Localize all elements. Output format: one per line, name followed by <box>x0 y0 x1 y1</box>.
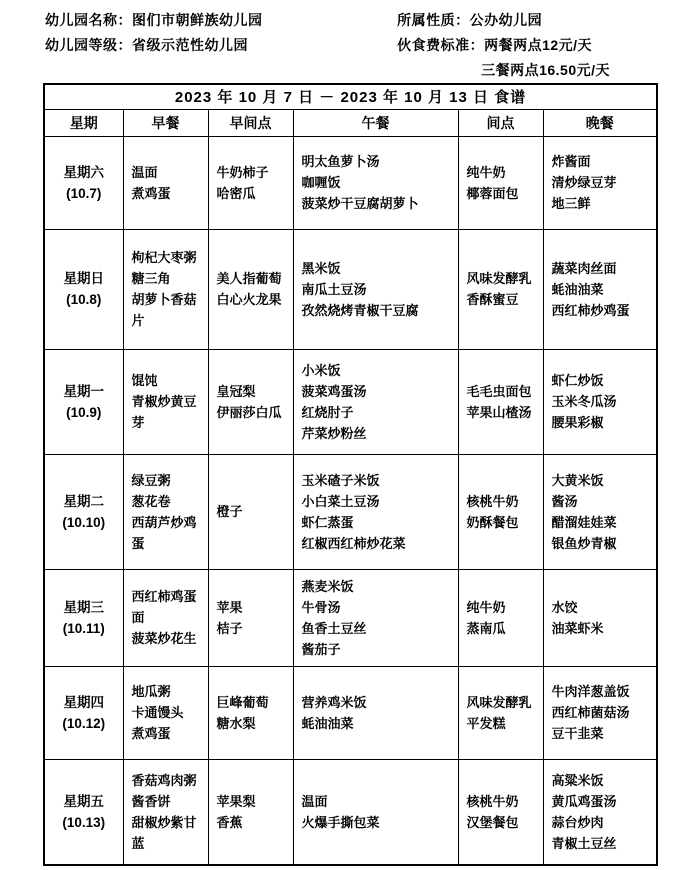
kindergarten-name-value: 图们市朝鲜族幼儿园 <box>132 12 263 28</box>
kindergarten-grade-value: 省级示范性幼儿园 <box>132 37 248 53</box>
cell-day: 星期五(10.13) <box>44 759 123 865</box>
table-row: 星期六(10.7)温面 煮鸡蛋牛奶柿子 哈密瓜明太鱼萝卜汤 咖喱饭 菠菜炒干豆腐… <box>44 136 657 229</box>
cell-morning-snack: 巨峰葡萄 糖水梨 <box>208 666 293 759</box>
cell-morning-snack: 苹果梨 香蕉 <box>208 759 293 865</box>
col-header-breakfast: 早餐 <box>123 109 208 136</box>
cell-dinner: 虾仁炒饭 玉米冬瓜汤 腰果彩椒 <box>543 349 657 454</box>
cell-day: 星期日(10.8) <box>44 229 123 349</box>
cell-breakfast: 西红柿鸡蛋面 菠菜炒花生 <box>123 569 208 666</box>
meal-fee-label: 伙食费标准： <box>397 37 484 53</box>
menu-body: 星期六(10.7)温面 煮鸡蛋牛奶柿子 哈密瓜明太鱼萝卜汤 咖喱饭 菠菜炒干豆腐… <box>44 136 657 865</box>
table-row: 星期三(10.11)西红柿鸡蛋面 菠菜炒花生苹果 桔子燕麦米饭 牛骨汤 鱼香土豆… <box>44 569 657 666</box>
date-label: (10.9) <box>45 402 123 423</box>
cell-dinner: 炸酱面 清炒绿豆芽 地三鲜 <box>543 136 657 229</box>
cell-snack: 纯牛奶 椰蓉面包 <box>458 136 543 229</box>
date-label: (10.12) <box>45 713 123 734</box>
col-header-morning-snack: 早间点 <box>208 109 293 136</box>
table-title: 2023 年 10 月 7 日 － 2023 年 10 月 13 日 食谱 <box>44 84 657 109</box>
col-header-day: 星期 <box>44 109 123 136</box>
menu-document: 幼儿园名称：图们市朝鲜族幼儿园 幼儿园等级：省级示范性幼儿园 所属性质：公办幼儿… <box>0 0 700 870</box>
column-header-row: 星期 早餐 早间点 午餐 间点 晚餐 <box>44 109 657 136</box>
cell-lunch: 营养鸡米饭 蚝油油菜 <box>293 666 458 759</box>
meal-fee-line-2: 三餐两点16.50元/天 <box>397 58 660 83</box>
date-label: (10.8) <box>45 289 123 310</box>
kindergarten-grade-line: 幼儿园等级：省级示范性幼儿园 <box>45 33 397 58</box>
table-row: 星期四(10.12)地瓜粥 卡通馒头 煮鸡蛋巨峰葡萄 糖水梨营养鸡米饭 蚝油油菜… <box>44 666 657 759</box>
header-info-left: 幼儿园名称：图们市朝鲜族幼儿园 幼儿园等级：省级示范性幼儿园 <box>45 8 397 83</box>
cell-morning-snack: 牛奶柿子 哈密瓜 <box>208 136 293 229</box>
kindergarten-name-label: 幼儿园名称： <box>45 12 132 28</box>
day-label: 星期四 <box>45 692 123 713</box>
cell-morning-snack: 橙子 <box>208 454 293 569</box>
ownership-value: 公办幼儿园 <box>470 12 543 28</box>
meal-fee-value-1: 两餐两点12元/天 <box>484 37 592 53</box>
col-header-dinner: 晚餐 <box>543 109 657 136</box>
table-row: 星期日(10.8)枸杞大枣粥 糖三角 胡萝卜香菇片美人指葡萄 白心火龙果黑米饭 … <box>44 229 657 349</box>
kindergarten-grade-label: 幼儿园等级： <box>45 37 132 53</box>
col-header-lunch: 午餐 <box>293 109 458 136</box>
table-row: 星期二(10.10)绿豆粥 葱花卷 西葫芦炒鸡蛋橙子玉米碴子米饭 小白菜土豆汤 … <box>44 454 657 569</box>
title-row: 2023 年 10 月 7 日 － 2023 年 10 月 13 日 食谱 <box>44 84 657 109</box>
cell-lunch: 明太鱼萝卜汤 咖喱饭 菠菜炒干豆腐胡萝卜 <box>293 136 458 229</box>
ownership-line: 所属性质：公办幼儿园 <box>397 8 660 33</box>
cell-snack: 核桃牛奶 奶酥餐包 <box>458 454 543 569</box>
header-info-right: 所属性质：公办幼儿园 伙食费标准：两餐两点12元/天 三餐两点16.50元/天 <box>397 8 660 83</box>
day-label: 星期三 <box>45 597 123 618</box>
cell-snack: 核桃牛奶 汉堡餐包 <box>458 759 543 865</box>
cell-day: 星期六(10.7) <box>44 136 123 229</box>
menu-table: 2023 年 10 月 7 日 － 2023 年 10 月 13 日 食谱 星期… <box>43 83 658 866</box>
cell-dinner: 水饺 油菜虾米 <box>543 569 657 666</box>
ownership-label: 所属性质： <box>397 12 470 28</box>
cell-breakfast: 绿豆粥 葱花卷 西葫芦炒鸡蛋 <box>123 454 208 569</box>
cell-day: 星期三(10.11) <box>44 569 123 666</box>
cell-morning-snack: 苹果 桔子 <box>208 569 293 666</box>
cell-snack: 毛毛虫面包 苹果山楂汤 <box>458 349 543 454</box>
day-label: 星期一 <box>45 381 123 402</box>
meal-fee-line: 伙食费标准：两餐两点12元/天 <box>397 33 660 58</box>
cell-snack: 风味发酵乳 平发糕 <box>458 666 543 759</box>
cell-dinner: 高粱米饭 黄瓜鸡蛋汤 蒜台炒肉 青椒土豆丝 <box>543 759 657 865</box>
col-header-snack: 间点 <box>458 109 543 136</box>
cell-day: 星期一(10.9) <box>44 349 123 454</box>
cell-snack: 纯牛奶 蒸南瓜 <box>458 569 543 666</box>
day-label: 星期六 <box>45 162 123 183</box>
cell-dinner: 蔬菜肉丝面 蚝油油菜 西红柿炒鸡蛋 <box>543 229 657 349</box>
date-label: (10.7) <box>45 183 123 204</box>
day-label: 星期二 <box>45 491 123 512</box>
cell-snack: 风味发酵乳 香酥蜜豆 <box>458 229 543 349</box>
date-label: (10.13) <box>45 812 123 833</box>
cell-morning-snack: 美人指葡萄 白心火龙果 <box>208 229 293 349</box>
header-info: 幼儿园名称：图们市朝鲜族幼儿园 幼儿园等级：省级示范性幼儿园 所属性质：公办幼儿… <box>0 0 660 83</box>
cell-breakfast: 香菇鸡肉粥 酱香饼 甜椒炒紫甘蓝 <box>123 759 208 865</box>
cell-breakfast: 温面 煮鸡蛋 <box>123 136 208 229</box>
cell-lunch: 小米饭 菠菜鸡蛋汤 红烧肘子 芹菜炒粉丝 <box>293 349 458 454</box>
date-label: (10.11) <box>45 618 123 639</box>
table-row: 星期五(10.13)香菇鸡肉粥 酱香饼 甜椒炒紫甘蓝苹果梨 香蕉温面 火爆手撕包… <box>44 759 657 865</box>
cell-dinner: 牛肉洋葱盖饭 西红柿菌菇汤 豆干韭菜 <box>543 666 657 759</box>
kindergarten-name-line: 幼儿园名称：图们市朝鲜族幼儿园 <box>45 8 397 33</box>
date-label: (10.10) <box>45 512 123 533</box>
cell-lunch: 温面 火爆手撕包菜 <box>293 759 458 865</box>
day-label: 星期日 <box>45 268 123 289</box>
table-row: 星期一(10.9)馄饨 青椒炒黄豆芽皇冠梨 伊丽莎白瓜小米饭 菠菜鸡蛋汤 红烧肘… <box>44 349 657 454</box>
cell-lunch: 玉米碴子米饭 小白菜土豆汤 虾仁蒸蛋 红椒西红柿炒花菜 <box>293 454 458 569</box>
cell-dinner: 大黄米饭 酱汤 醋溜娃娃菜 银鱼炒青椒 <box>543 454 657 569</box>
cell-breakfast: 地瓜粥 卡通馒头 煮鸡蛋 <box>123 666 208 759</box>
cell-lunch: 黑米饭 南瓜土豆汤 孜然烧烤青椒干豆腐 <box>293 229 458 349</box>
cell-day: 星期四(10.12) <box>44 666 123 759</box>
cell-day: 星期二(10.10) <box>44 454 123 569</box>
cell-breakfast: 馄饨 青椒炒黄豆芽 <box>123 349 208 454</box>
cell-morning-snack: 皇冠梨 伊丽莎白瓜 <box>208 349 293 454</box>
meal-fee-value-2: 三餐两点16.50元/天 <box>481 62 610 78</box>
cell-breakfast: 枸杞大枣粥 糖三角 胡萝卜香菇片 <box>123 229 208 349</box>
cell-lunch: 燕麦米饭 牛骨汤 鱼香土豆丝 酱茄子 <box>293 569 458 666</box>
day-label: 星期五 <box>45 791 123 812</box>
